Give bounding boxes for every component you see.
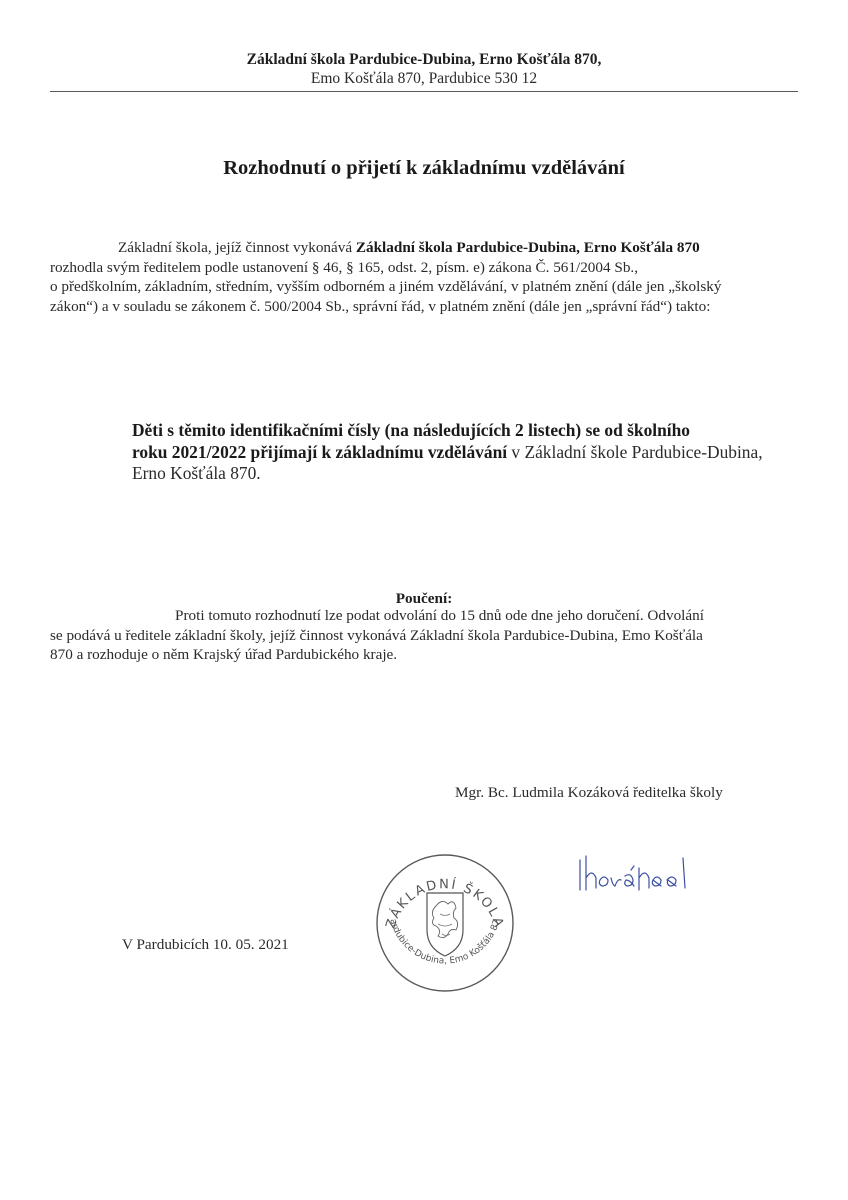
school-header-address: Emo Košťála 870, Pardubice 530 12 [0,69,848,89]
header-divider [50,91,798,92]
decision-line-1: Děti s těmito identifikačními čísly (na … [50,420,798,442]
intro-line-1: Základní škola, jejíž činnost vykonává Z… [50,238,798,258]
instruction-line-3: 870 a rozhoduje o něm Krajský úřad Pardu… [50,645,798,665]
school-header-name: Základní škola Pardubice-Dubina, Erno Ko… [0,50,848,70]
decision-line-3: Erno Košťála 870. [50,463,798,485]
instruction-line-2: se podává u ředitele základní školy, jej… [50,626,798,646]
document-title: Rozhodnutí o přijetí k základnímu vzdělá… [0,155,848,181]
decision-line-2: roku 2021/2022 přijímají k základnímu vz… [50,442,798,464]
intro-line-2: rozhodla svým ředitelem podle ustanovení… [50,258,798,278]
school-stamp: ZÁKLADNÍ ŠKOLA Pardubice-Dubina, Emo Koš… [370,848,520,998]
place-and-date: V Pardubicích 10. 05. 2021 [122,935,289,955]
stamp-seal-icon: ZÁKLADNÍ ŠKOLA Pardubice-Dubina, Emo Koš… [370,848,520,998]
intro-paragraph: Základní škola, jejíž činnost vykonává Z… [50,238,798,316]
coat-of-arms-icon [427,893,463,956]
instruction-paragraph: Proti tomuto rozhodnutí lze podat odvolá… [50,606,798,665]
intro-line-3: o předškolním, základním, středním, vyšš… [50,277,798,297]
intro-line-4: zákon“) a v souladu se zákonem č. 500/20… [50,297,798,317]
handwritten-signature [575,848,715,898]
svg-text:ZÁKLADNÍ ŠKOLA: ZÁKLADNÍ ŠKOLA [383,877,506,931]
instruction-line-1: Proti tomuto rozhodnutí lze podat odvolá… [50,606,798,626]
signer-name: Mgr. Bc. Ludmila Kozáková ředitelka škol… [455,783,723,803]
decision-paragraph: Děti s těmito identifikačními čísly (na … [50,420,798,485]
